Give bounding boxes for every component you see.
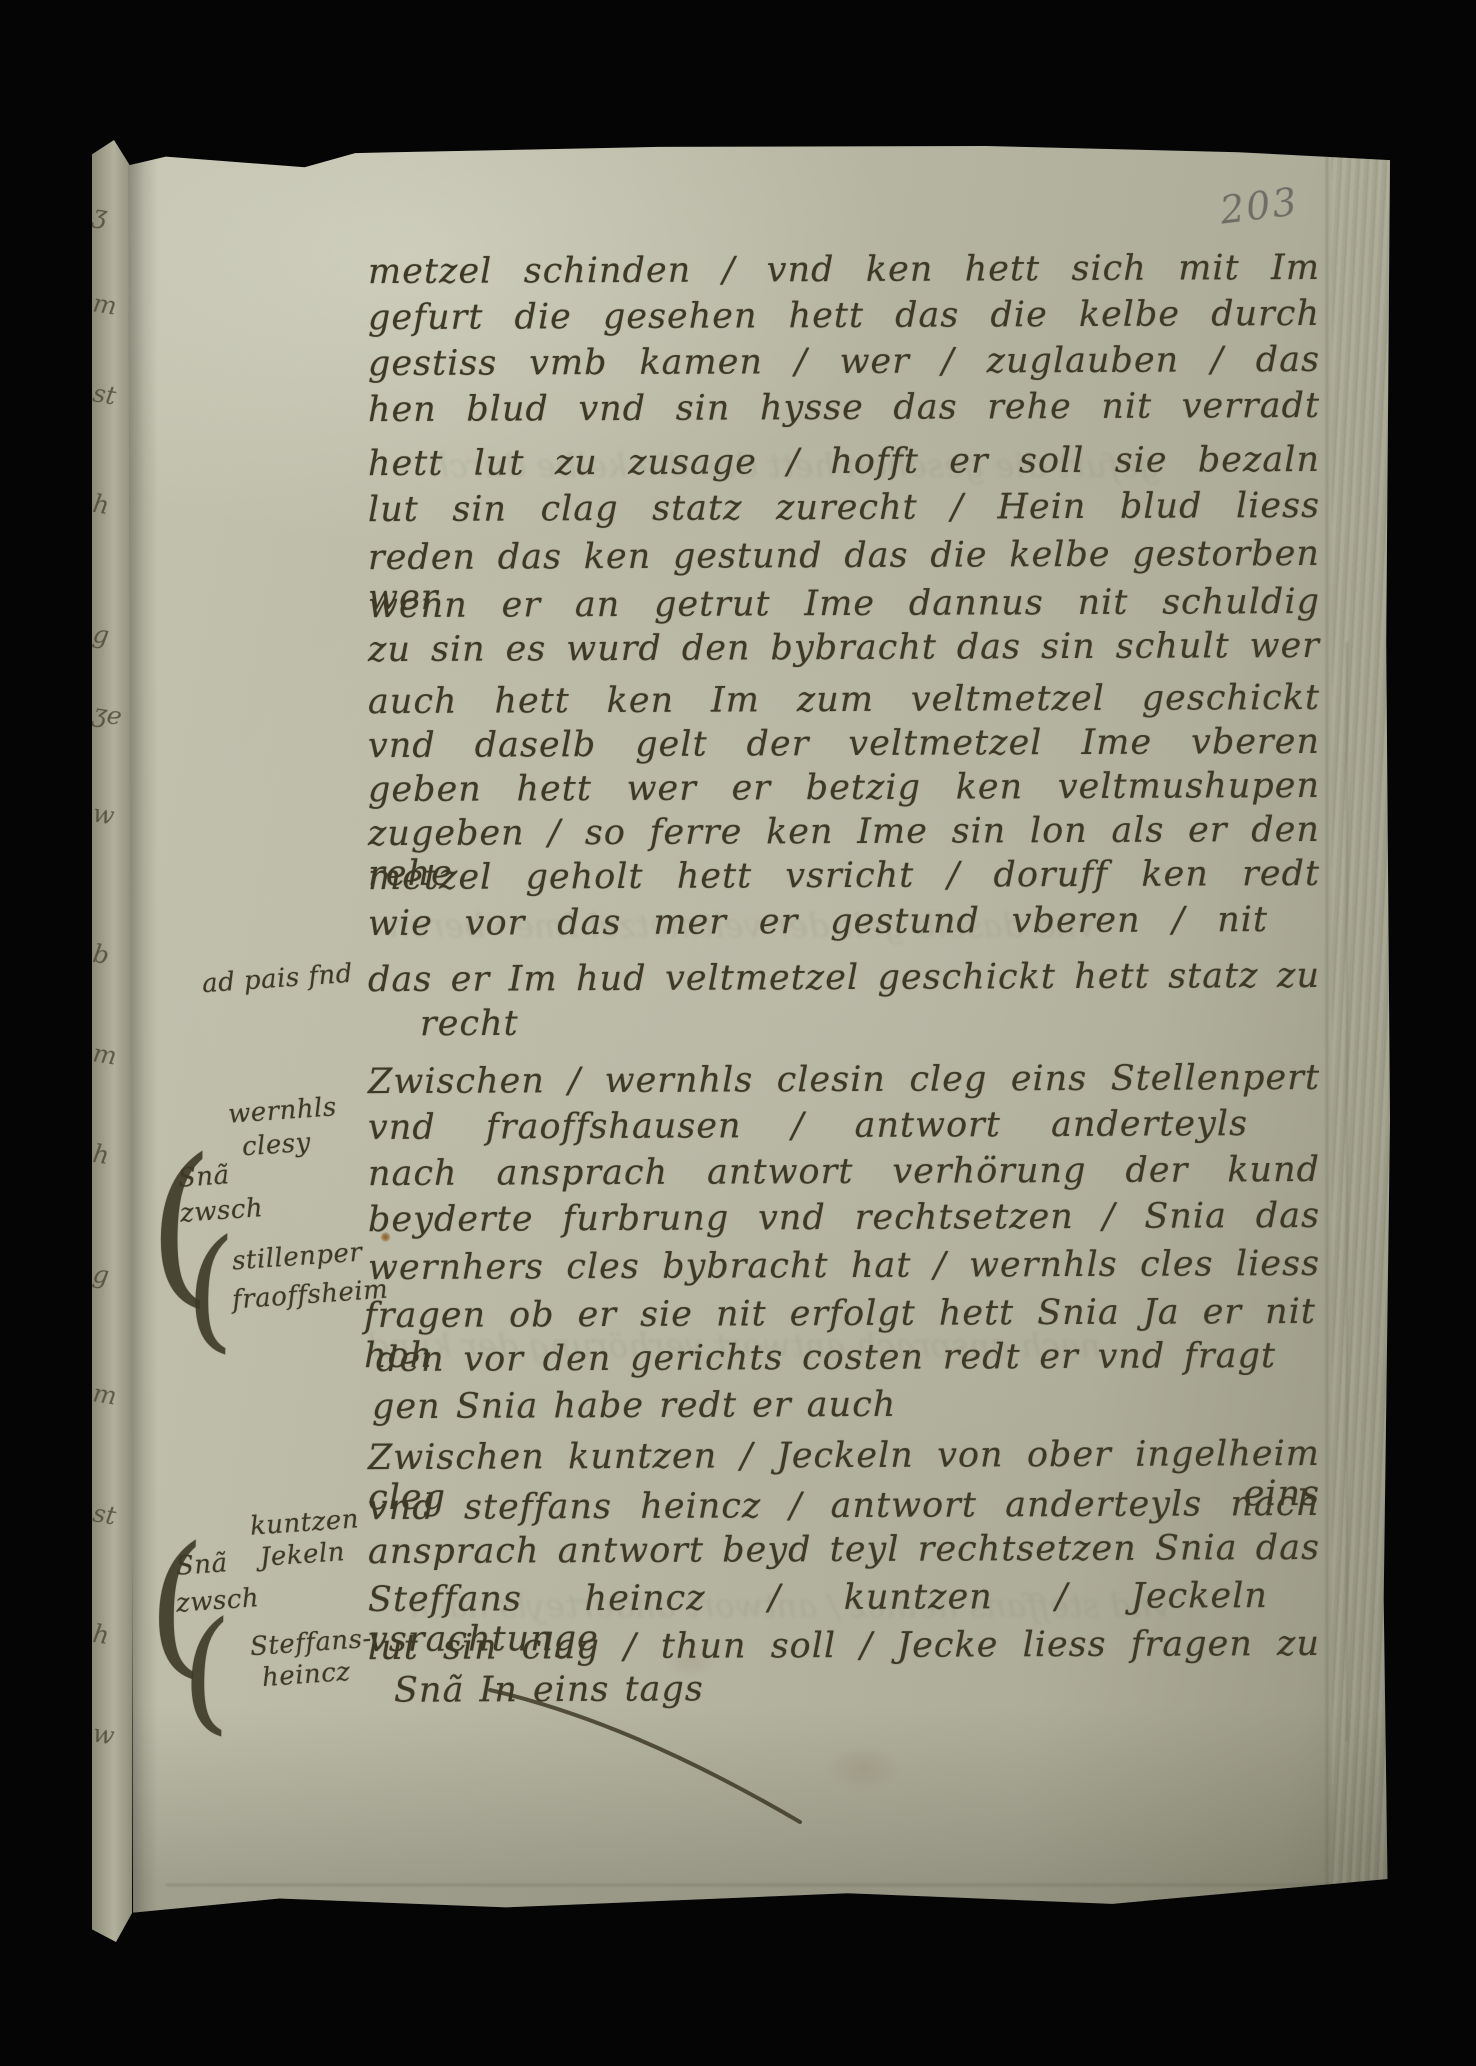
ink-flourish (484, 1684, 814, 1834)
manuscript-line: gestiss vmb kamen / wer / zuglauben / da… (368, 340, 1320, 384)
manuscript-line: wenn er an getrut Ime dannus nit schuldi… (368, 582, 1320, 626)
manuscript-line: beyderte furbrung vnd rechtsetzen / Snia… (368, 1196, 1320, 1240)
manuscript-line: das er Im hud veltmetzel geschickt hett … (368, 956, 1320, 1000)
gutter-fragment: b (92, 939, 111, 970)
gutter-fragment: h (92, 489, 111, 520)
gutter-fragment: st (92, 378, 118, 410)
gutter-fragment: g (92, 619, 111, 650)
book-page-photo: ʒ m st h g ʒe w b m h g m st h w gefurt … (0, 0, 1476, 2066)
margin-note: zwsch (175, 1583, 260, 1619)
crease (1346, 642, 1348, 1741)
manuscript-page: gefurt die gesehen hett das die kelbe du… (128, 146, 1390, 1918)
manuscript-line: hett lut zu zusage / hofft er soll sie b… (368, 440, 1320, 484)
manuscript-line: lut sin clag / thun soll / Jecke liess f… (368, 1624, 1320, 1668)
manuscript-line: zu sin es wurd den bybracht das sin schu… (368, 626, 1320, 670)
margin-note: Steffans- (249, 1624, 373, 1662)
margin-note: Snã (175, 1548, 229, 1582)
manuscript-line: gefurt die gesehen hett das die kelbe du… (368, 294, 1320, 338)
margin-note: clesy (241, 1128, 312, 1163)
manuscript-line: lut sin clag statz zurecht / Hein blud l… (368, 486, 1320, 530)
manuscript-line: geben hett wer er betzig ken veltmushupe… (368, 766, 1320, 810)
margin-note: zwsch (179, 1193, 264, 1229)
prev-page-edge: ʒ m st h g ʒe w b m h g m st h w (92, 140, 132, 1942)
manuscript-line: den vor den gerichts costen redt er vnd … (376, 1336, 1276, 1380)
crease (1326, 146, 1328, 1918)
manuscript-line: wernhers cles bybracht hat / wernhls cle… (368, 1244, 1320, 1288)
gutter-fragment: st (92, 1498, 118, 1530)
gutter-fragment: w (92, 1719, 117, 1751)
margin-note: stillenper (231, 1237, 363, 1276)
gutter-fragment: h (92, 1139, 111, 1170)
gutter-fragment: ʒ (92, 199, 109, 230)
gutter-fragment: m (92, 1038, 119, 1070)
manuscript-line: nach ansprach antwort verhörung der kund (368, 1150, 1320, 1194)
margin-note: heincz (261, 1657, 351, 1693)
gutter-fragment: h (92, 1619, 111, 1650)
stain (828, 1746, 898, 1790)
manuscript-line: Zwischen / wernhls clesin cleg eins Stel… (368, 1058, 1320, 1102)
manuscript-line: metzel geholt hett vsricht / doruff ken … (368, 854, 1320, 898)
margin-note: ad pais fnd (201, 959, 354, 999)
manuscript-line: vnd daselb gelt der veltmetzel Ime vbere… (368, 722, 1320, 766)
crease (166, 1884, 1352, 1886)
gutter-fragment: ʒe (92, 698, 124, 731)
manuscript-line: wie vor das mer er gestund vberen / nit (368, 900, 1268, 944)
folio-number: 203 (1218, 179, 1301, 232)
manuscript-line: vnd steffans heincz / antwort anderteyls… (368, 1484, 1320, 1528)
margin-bracket: ( (169, 1605, 242, 1742)
manuscript-line: recht (420, 1004, 519, 1044)
manuscript-line: vnd fraoffshausen / antwort anderteyls (368, 1104, 1248, 1148)
manuscript-line: ansprach antwort beyd teyl rechtsetzen S… (368, 1528, 1320, 1572)
manuscript-line: auch hett ken Im zum veltmetzel geschick… (368, 678, 1320, 722)
gutter-fragment: m (92, 288, 119, 320)
manuscript-line: hen blud vnd sin hysse das rehe nit verr… (368, 386, 1320, 430)
manuscript-line: gen Snia habe redt er auch (372, 1385, 896, 1427)
gutter-fragment: m (92, 1378, 119, 1410)
fore-edge-texture (1332, 146, 1390, 1918)
margin-note: Jekeln (259, 1537, 346, 1573)
gutter-fragment: g (92, 1259, 111, 1290)
manuscript-line: metzel schinden / vnd ken hett sich mit … (368, 248, 1320, 292)
margin-note: Snã (177, 1160, 231, 1194)
margin-note: wernhls (227, 1092, 338, 1130)
stain (1448, 1870, 1462, 1880)
gutter-fragment: w (92, 799, 117, 831)
